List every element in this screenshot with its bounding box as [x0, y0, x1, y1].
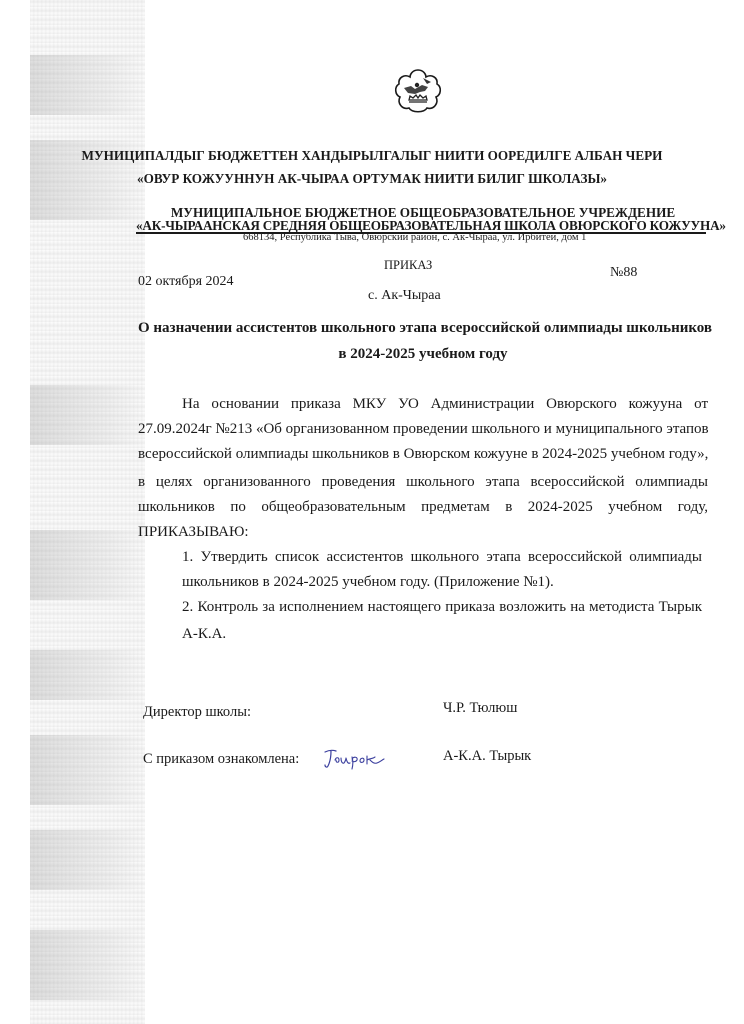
director-label: Директор школы:: [143, 704, 251, 721]
order-number: №88: [610, 265, 637, 281]
order-title-line2: в 2024-2025 учебном году: [138, 346, 708, 363]
body-command: ПРИКАЗЫВАЮ:: [138, 524, 249, 541]
acknowledged-label: С приказом ознакомлена:: [143, 751, 299, 768]
acknowledged-name: А-К.А. Тырык: [443, 748, 531, 765]
body-line: в целях организованного проведения школь…: [138, 474, 708, 491]
order-title-line1: О назначении ассистентов школьного этапа…: [138, 320, 708, 337]
order-date: 02 октября 2024: [138, 274, 234, 290]
order-place: с. Ак-Чыраа: [368, 288, 441, 304]
director-name: Ч.Р. Тюлюш: [443, 700, 517, 717]
order-item-2-line2: А-К.А.: [182, 626, 226, 643]
body-line: 27.09.2024г №213 «Об организованном пров…: [138, 421, 708, 438]
order-item-1-line2: школьников в 2024-2025 учебном году. (Пр…: [182, 574, 554, 591]
header-tuvan-line1: МУНИЦИПАЛДЫГ БЮДЖЕТТЕН ХАНДЫРЫЛГАЛЫГ НИИ…: [0, 148, 744, 164]
header-address: 668134, Республика Тыва, Овюрский район,…: [243, 232, 586, 243]
document-type: ПРИКАЗ: [384, 258, 432, 273]
header-tuvan-line2: «ОВУР КОЖУУННУН АК-ЧЫРАА ОРТУМАК НИИТИ Б…: [0, 171, 744, 187]
tuva-coat-of-arms-icon: [393, 68, 443, 114]
body-line: всероссийской олимпиады школьников в Овю…: [138, 446, 708, 463]
handwritten-signature: [322, 747, 392, 771]
body-line: школьников по общеобразовательным предме…: [138, 499, 708, 516]
body-line: На основании приказа МКУ УО Администраци…: [182, 396, 708, 413]
order-item-1-line1: 1. Утвердить список ассистентов школьног…: [182, 549, 702, 566]
order-item-2-line1: 2. Контроль за исполнением настоящего пр…: [182, 599, 702, 616]
